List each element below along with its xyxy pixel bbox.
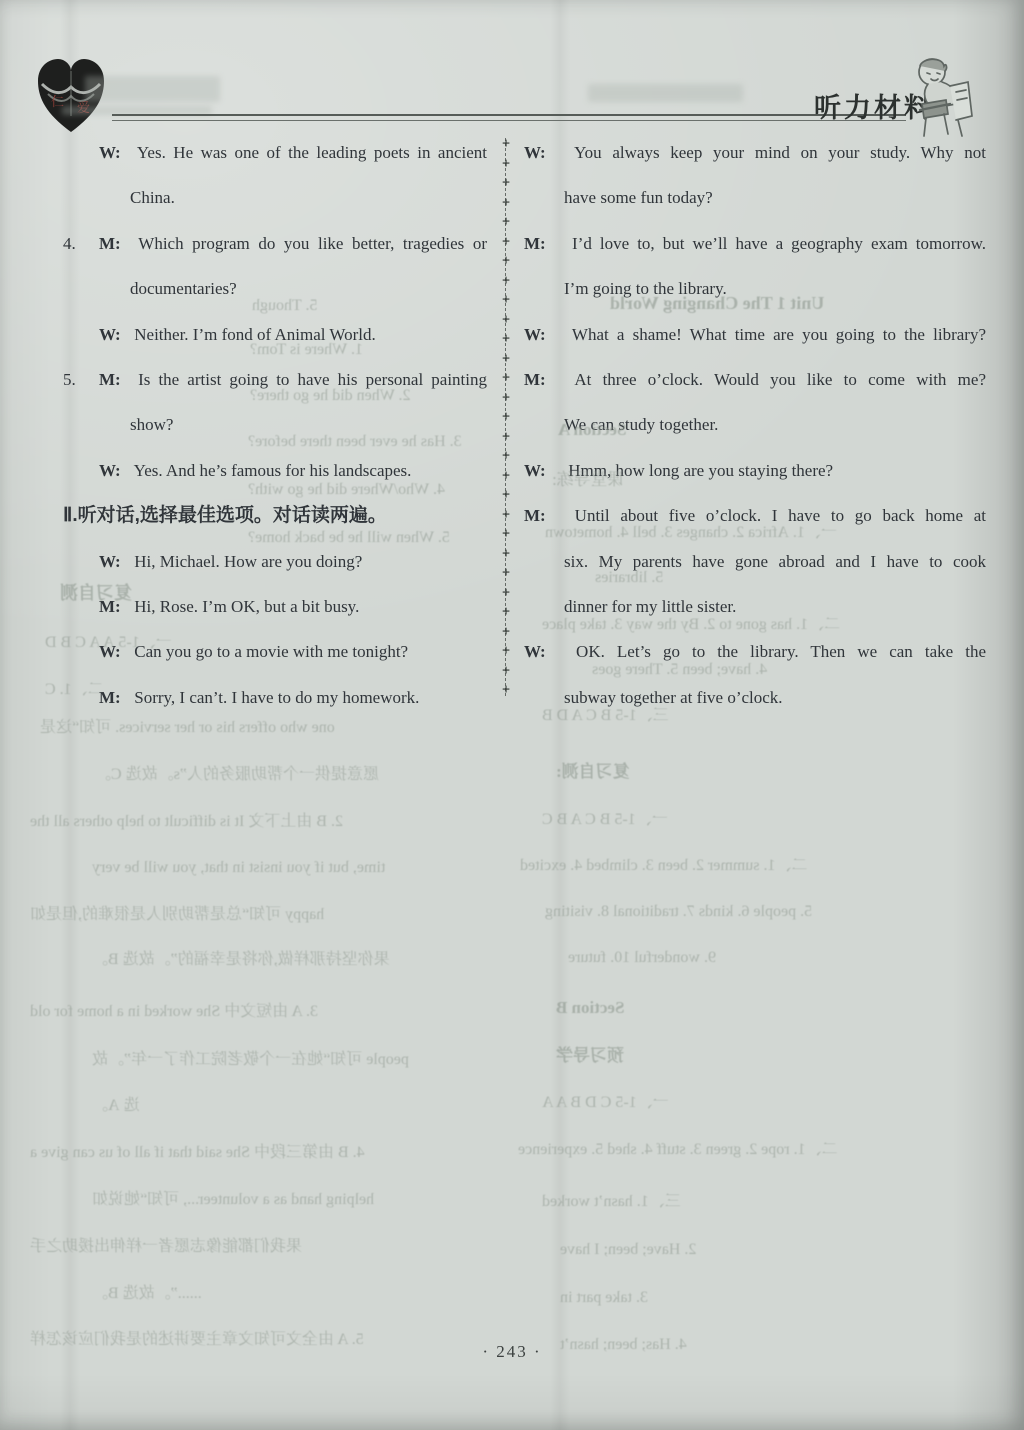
speaker-label: W: [99,448,130,493]
bleed-through-text: 果你坚持那样做,你将是幸福的”。故选 B。 [92,950,390,970]
bleed-through-text: 二、1. summer 2. been 3. climbed 4. excite… [520,856,808,876]
left-text-column: W: Yes. He was one of the leading poets … [35,130,487,720]
bleed-through-text: 3. take part in [560,1288,648,1308]
item-number: 4. [63,221,99,266]
dialog-line: W: What a shame! What time are you going… [524,312,986,357]
bleed-through-text: Unit 1 The Changing World [610,293,824,313]
speaker-label: W: [524,629,564,674]
speaker-label: M: [99,357,130,402]
bleed-through-smudge [85,76,220,102]
bleed-through-text: 5. When will he be back home? [248,528,450,548]
bleed-through-text: 二、1. has gone to 2. By the way 3. take p… [542,615,840,635]
stitch-plus-glyph: + [499,583,513,603]
bleed-through-text: ......”。故选 B。 [92,1284,202,1304]
bleed-through-text: people 可知“她在一个敬老院工作了一年”。故 [92,1050,409,1070]
dialog-line: six. My parents have gone abroad and I h… [524,539,986,584]
scanned-workbook-page: 仁 爱 听力材料 W: Yes. He was one of the leadi… [0,0,1024,1430]
dialog-line: W: Yes. He was one of the leading poets … [35,130,487,175]
stitch-plus-glyph: + [499,368,513,388]
stitch-plus-glyph: + [499,388,513,408]
stitch-plus-glyph: + [499,622,513,642]
column-divider: +++++++++++++++++++++++++++++ [499,134,513,700]
bleed-through-text: 5. Though [252,296,317,316]
bleed-through-text: time, but if you insist in that, you wil… [92,858,385,878]
bleed-through-text: 二、1. rope 2. green 3. stuff 4. shed 5. e… [518,1140,838,1160]
bleed-through-text: 选 A。 [92,1096,140,1116]
bleed-through-text: 1. Where is Tom? [250,340,363,360]
dialog-line: W: You always keep your mind on your stu… [524,130,986,175]
bleed-through-text: 果我们都能像志愿者一样伸出援助之手 [30,1237,302,1257]
bleed-through-text: 课堂导练: [552,470,625,490]
stitch-plus-glyph: + [499,641,513,661]
speaker-label: M: [99,221,130,266]
stitch-plus-glyph: + [499,271,513,291]
bleed-through-text: 一、1-5 C D B A A [542,1093,669,1113]
bleed-through-text: 4. Who/Where did he go with? [248,480,445,500]
speaker-label: W: [99,312,130,357]
speaker-label: W: [99,539,130,584]
stitch-plus-glyph: + [499,505,513,525]
dialog-line: have some fun today? [524,175,986,220]
stitch-plus-glyph: + [499,173,513,193]
dialog-line: M: I’d love to, but we’ll have a geograp… [524,221,986,266]
dialog-line: 4.M: Which program do you like better, t… [35,221,487,266]
bleed-through-text: 预习导学 [556,1046,624,1066]
stitch-plus-glyph: + [499,329,513,349]
bleed-through-text: 5. people 6. kinds 7. traditional 8. vis… [545,902,812,922]
bleed-through-text: 一、1-5 A A C B D [45,633,172,653]
stitch-plus-glyph: + [499,154,513,174]
stitch-plus-glyph: + [499,563,513,583]
stitch-plus-glyph: + [499,485,513,505]
bleed-through-text: 2. When did he go there? [250,386,411,406]
bleed-through-text: 2. Have; been; I have [560,1240,696,1260]
stitch-plus-glyph: + [499,661,513,681]
stitch-plus-glyph: + [499,407,513,427]
stitch-plus-glyph: + [499,427,513,447]
header-divider-rule [112,114,906,121]
dialog-line: M: At three o’clock. Would you like to c… [524,357,986,402]
reading-child-mascot [898,52,980,140]
bleed-through-text: happy 可知“总是帮助别人是很难的,但是如 [30,905,324,925]
speaker-label: M: [524,357,564,402]
bleed-through-text: 9. wonderful 10. future [568,948,716,968]
bleed-through-text: 二、1. C [45,680,104,700]
bleed-through-text: 三、1. hasn’t worked [542,1192,681,1212]
stitch-plus-glyph: + [499,544,513,564]
bleed-through-text: 5. libraries [595,568,663,588]
stitch-plus-glyph: + [499,232,513,252]
stitch-plus-glyph: + [499,466,513,486]
stitch-plus-glyph: + [499,349,513,369]
dialog-line: China. [35,175,487,220]
bleed-through-text: one who offers his or her services. 可知“这… [40,718,335,738]
speaker-label: W: [524,130,564,175]
bleed-through-text: Section B [556,998,624,1018]
stitch-plus-glyph: + [499,193,513,213]
stitch-plus-glyph: + [499,680,513,700]
bleed-through-text: 4. B 由第三段中 She said that if all of us ca… [30,1143,365,1163]
bleed-through-text: 4. have; been 5. There goes [592,660,767,680]
stitch-plus-glyph: + [499,134,513,154]
bleed-through-text: Section A [558,420,626,440]
item-number: 5. [63,357,99,402]
speaker-label: W: [99,130,130,175]
stitch-plus-glyph: + [499,446,513,466]
bleed-through-smudge [588,84,743,102]
page-number: · 243 · [0,1342,1024,1362]
bleed-through-text: helping hand as a volunteer..., 可知“她说如 [92,1190,374,1210]
bleed-through-text: 复习自测: [556,762,630,782]
bleed-through-text: 3. Has he ever been there before? [248,432,462,452]
bleed-through-text: 复习自测 [60,583,132,603]
speaker-label: M: [524,221,564,266]
stitch-plus-glyph: + [499,290,513,310]
stitch-plus-glyph: + [499,602,513,622]
stitch-plus-glyph: + [499,310,513,330]
stitch-plus-glyph: + [499,524,513,544]
bleed-through-text: 愿意提供一个帮助服务的人”s。故选 C。 [95,765,379,785]
stitch-plus-glyph: + [499,212,513,232]
stitch-plus-glyph: + [499,251,513,271]
bleed-through-text: 一、1-5 B C A B C [542,810,668,830]
bleed-through-text: 一、1. Africa 2. changes 3. bell 4. hometo… [545,523,837,543]
bleed-through-text: 2. B 由上下文 It is difficult to help others… [30,812,343,832]
speaker-label: W: [524,312,564,357]
bleed-through-text: 三、1-5 B C A D B [542,706,669,726]
bleed-through-text: 3. A 由短文中 She worked in a home for old [30,1002,318,1022]
